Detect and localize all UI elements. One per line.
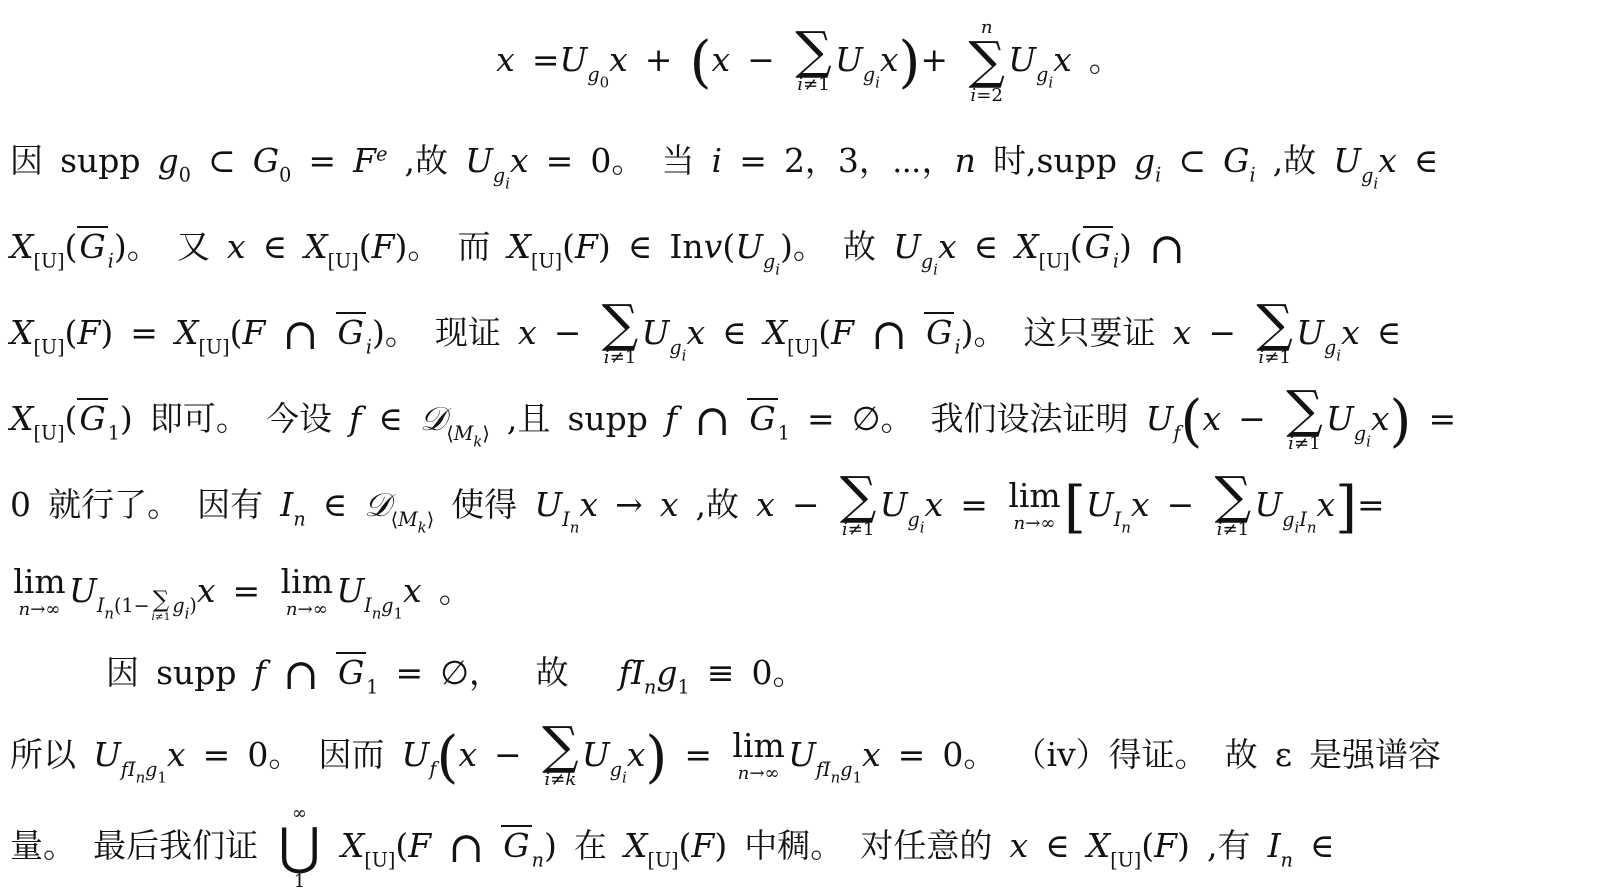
big-operator: ∑i≠1 <box>152 590 171 623</box>
math-roman: = 0 <box>186 735 269 774</box>
subscript: g0 <box>587 63 609 86</box>
math-variable: U <box>402 735 430 774</box>
math-variable: g <box>863 63 875 86</box>
math-roman: 1 <box>852 768 861 786</box>
math-roman: = 0 <box>881 735 964 774</box>
math-roman <box>677 399 694 438</box>
math-variable: x <box>1053 40 1072 79</box>
math-variable: x <box>579 485 598 524</box>
math-variable: n <box>286 599 298 620</box>
math-roman: ( <box>1141 826 1154 865</box>
math-variable: G <box>503 826 529 865</box>
math-variable: x <box>1341 313 1360 352</box>
operator-symbol: ⋃ <box>278 824 320 871</box>
subscript: gi <box>763 250 780 273</box>
operator-lower-limit: n→∞ <box>1014 514 1056 535</box>
math-variable: x <box>227 227 246 266</box>
cjk-text: ,有 <box>1190 826 1268 865</box>
math-variable: U <box>1296 313 1324 352</box>
math-variable: g <box>610 758 622 781</box>
math-variable: U <box>735 227 763 266</box>
overline-group: G <box>77 226 107 263</box>
math-variable: U <box>642 313 670 352</box>
math-variable: U <box>465 141 493 180</box>
math-variable: F <box>408 826 431 865</box>
math-variable: 𝒟 <box>364 485 390 524</box>
math-roman: ≠1 <box>1264 347 1291 368</box>
math-variable: f <box>121 758 128 781</box>
math-roman: ( <box>359 227 372 266</box>
math-variable: X <box>10 399 34 438</box>
math-roman: = <box>943 485 1005 524</box>
math-variable: x <box>458 735 477 774</box>
subscript: ⟨Mk⟩ <box>391 508 435 531</box>
math-variable: f <box>816 758 823 781</box>
math-variable: g <box>145 758 157 781</box>
subscript: [U] <box>199 336 230 359</box>
math-roman: ( <box>722 227 735 266</box>
math-variable: G <box>79 399 105 438</box>
math-variable: F <box>242 313 265 352</box>
subscript: [U] <box>787 336 818 359</box>
big-delimiter: ∩ <box>448 823 484 873</box>
math-roman: ≠1 <box>1222 519 1249 540</box>
math-variable: I <box>631 653 644 692</box>
math-roman: →∞ <box>30 599 60 620</box>
math-roman: ) <box>372 313 385 352</box>
math-roman: ) <box>394 227 407 266</box>
operator-lower-limit: i≠1 <box>797 75 830 96</box>
subscript: gi <box>1036 63 1053 86</box>
math-roman: supp <box>567 399 665 438</box>
math-roman: ⊂ <box>191 141 253 180</box>
math-variable: f <box>665 399 677 438</box>
subscript: gi <box>610 758 627 781</box>
math-variable: F <box>1154 826 1177 865</box>
math-roman: ) <box>544 826 557 865</box>
cjk-text: 。 （iv）得证。 故 <box>963 735 1274 774</box>
math-variable: U <box>1086 485 1114 524</box>
math-variable: X <box>304 227 328 266</box>
overline-group: G <box>1083 226 1113 263</box>
math-roman: 1 <box>366 676 378 699</box>
math-roman: ⟨ <box>391 508 398 531</box>
math-roman: 0 <box>179 164 191 187</box>
big-delimiter: ∩ <box>694 396 730 446</box>
cjk-text: 使得 <box>434 485 534 524</box>
math-variable: I <box>128 758 136 781</box>
math-roman: 1 <box>157 768 166 786</box>
math-roman <box>265 313 282 352</box>
math-variable: G <box>253 141 279 180</box>
subscript: n <box>831 768 841 786</box>
math-variable: U <box>534 485 562 524</box>
math-roman: = <box>515 40 560 79</box>
big-operator: n∑i=2 <box>968 18 1005 107</box>
math-variable: n <box>1281 849 1293 872</box>
subscript: gi <box>1324 336 1341 359</box>
big-delimiter: ( <box>436 725 458 790</box>
math-roman: = 0 <box>529 141 612 180</box>
operator-lower-limit: i≠k <box>544 770 576 791</box>
math-roman <box>854 313 871 352</box>
math-variable: n <box>372 604 382 622</box>
subscript: fIng1 <box>816 758 862 781</box>
operator-symbol: lim <box>732 729 784 764</box>
math-variable: U <box>1333 141 1361 180</box>
subscript: 1 <box>157 768 166 786</box>
cjk-text: 所以 <box>10 735 93 774</box>
math-variable: F <box>831 313 854 352</box>
big-operator: ∞⋃1 <box>278 804 320 890</box>
cjk-text: 中稠。 对任意的 <box>727 826 1009 865</box>
math-variable: g <box>656 653 677 692</box>
math-variable: U <box>835 40 863 79</box>
math-variable: F <box>353 141 376 180</box>
math-roman: ε <box>1275 735 1292 774</box>
cjk-text: 。 故 <box>793 227 893 266</box>
math-variable: x <box>627 735 646 774</box>
math-variable: X <box>175 313 199 352</box>
math-variable: g <box>1361 164 1373 187</box>
math-roman: ( <box>65 313 78 352</box>
math-variable: X <box>1015 227 1039 266</box>
math-roman: [U] <box>531 250 562 273</box>
math-variable: F <box>77 313 100 352</box>
math-variable: U <box>560 40 588 79</box>
subscript: n <box>570 518 580 536</box>
math-roman <box>484 826 501 865</box>
subscript: 1 <box>677 676 689 699</box>
math-roman: − <box>537 313 599 352</box>
math-roman: ≠1 <box>1294 433 1321 454</box>
math-roman: ( <box>65 399 78 438</box>
operator-symbol: ∑ <box>1286 387 1323 434</box>
cjk-text: 。 又 <box>127 227 227 266</box>
math-roman: 1 <box>677 676 689 699</box>
math-variable: U <box>1146 399 1174 438</box>
overline-group: G <box>501 825 531 862</box>
math-variable: k <box>565 769 576 790</box>
math-variable: G <box>749 399 775 438</box>
cjk-text: ,故 <box>678 485 756 524</box>
cjk-text: 。 现证 <box>385 313 518 352</box>
math-variable: x <box>167 735 186 774</box>
math-roman <box>730 399 747 438</box>
math-roman: = <box>1411 399 1456 438</box>
math-roman: ∈ <box>246 227 305 266</box>
math-variable: x <box>1371 399 1390 438</box>
math-roman: ∈ <box>957 227 1016 266</box>
math-roman: ≠1 <box>155 611 171 623</box>
math-variable: f <box>349 399 361 438</box>
math-variable: g <box>840 758 852 781</box>
math-roman: ≠1 <box>610 347 637 368</box>
big-operator: ∑i≠k <box>542 723 579 791</box>
operator-lower-limit: n→∞ <box>19 600 61 621</box>
math-variable: G <box>926 313 952 352</box>
math-roman <box>324 826 341 865</box>
overline-group: G <box>924 312 954 349</box>
math-roman: ⊂ <box>1161 141 1223 180</box>
math-roman: ( <box>65 227 78 266</box>
math-roman <box>319 653 336 692</box>
subscript: [U] <box>34 422 65 445</box>
subscript: In <box>562 508 579 531</box>
math-variable: x <box>938 227 957 266</box>
math-variable: g <box>908 508 920 531</box>
math-variable: i <box>712 141 723 180</box>
subscript: 1 <box>108 422 120 445</box>
big-delimiter: ) <box>645 725 667 790</box>
cjk-text: 。 而 <box>407 227 507 266</box>
math-variable: n <box>955 141 976 180</box>
cjk-text: 量。 最后我们证 <box>10 826 275 865</box>
math-roman: →∞ <box>1025 513 1055 534</box>
math-variable: x <box>1202 399 1221 438</box>
math-variable: g <box>493 164 505 187</box>
math-variable: g <box>1324 336 1336 359</box>
subscript: [U] <box>1039 250 1070 273</box>
subscript: n <box>1121 518 1131 536</box>
math-roman: 1 <box>394 604 403 622</box>
para-line-8: 量。 最后我们证 ∞⋃1 X[U](F ∩ Gn) 在 X[U](F) 中稠。 … <box>10 798 1608 890</box>
para-line-5: 0 就行了。 因有 In ∈ 𝒟⟨Mk⟩ 使得 UInx → x ,故 x − … <box>10 462 1608 548</box>
subscript: [U] <box>531 250 562 273</box>
math-variable: f <box>1173 422 1180 445</box>
math-roman: ) <box>1119 227 1149 266</box>
operator-lower-limit: i≠1 <box>1217 520 1250 541</box>
subscript: gi <box>863 63 880 86</box>
subscript: gi <box>1354 422 1371 445</box>
math-variable: U <box>1326 399 1354 438</box>
subscript: f <box>1173 422 1180 445</box>
math-roman: ∈ <box>1360 313 1402 352</box>
math-roman: 0 <box>10 485 31 524</box>
math-variable: F <box>575 227 598 266</box>
big-operator: limn→∞ <box>1008 479 1060 535</box>
cjk-text: 即可。 今设 <box>133 399 349 438</box>
overline-group: G <box>77 398 107 435</box>
math-variable: n <box>293 508 305 531</box>
operator-lower-limit: n→∞ <box>738 764 780 785</box>
operator-lower-limit: i≠1 <box>1258 348 1291 369</box>
math-roman: [U] <box>1110 849 1141 872</box>
math-variable: n <box>19 599 31 620</box>
math-variable: G <box>338 653 364 692</box>
math-roman: ) <box>714 826 727 865</box>
big-delimiter: ∩ <box>1149 224 1185 274</box>
math-variable: X <box>764 313 788 352</box>
math-variable: g <box>669 336 681 359</box>
operator-symbol: ∑ <box>153 590 169 611</box>
math-variable: U <box>1254 485 1282 524</box>
math-roman: ) <box>120 399 133 438</box>
big-delimiter: ( <box>1181 389 1203 454</box>
math-roman: supp <box>60 141 158 180</box>
math-variable: U <box>1008 40 1036 79</box>
big-delimiter: ) <box>899 30 921 95</box>
math-variable: X <box>1087 826 1111 865</box>
math-roman: ) <box>780 227 793 266</box>
math-roman <box>266 653 283 692</box>
subscript: 0 <box>600 73 609 91</box>
para-line-2: X[U](Gi)。 又 x ∈ X[U](F)。 而 X[U](F) ∈ Inv… <box>10 204 1608 290</box>
math-variable: U <box>788 735 816 774</box>
operator-lower-limit: 1 <box>294 872 306 890</box>
math-roman: 0 <box>279 164 291 187</box>
operator-symbol: ∑ <box>968 38 1005 85</box>
subscript: [U] <box>648 849 679 872</box>
big-operator: ∑i≠1 <box>795 28 832 96</box>
math-roman: ∈ <box>306 485 365 524</box>
math-variable: v <box>704 227 723 266</box>
math-roman: (1− <box>114 594 150 617</box>
big-operator: ∑i≠1 <box>1256 301 1293 369</box>
math-roman: [U] <box>328 250 359 273</box>
cjk-text: 。 <box>422 571 472 610</box>
math-roman: →∞ <box>298 599 328 620</box>
math-variable: x <box>1316 485 1335 524</box>
operator-lower-limit: i=2 <box>970 86 1003 107</box>
math-roman: ∈ <box>1028 826 1087 865</box>
para-line-1: 因 supp g0 ⊂ G0 = Fe ,故 Ugix = 0。 当 i = 2… <box>10 118 1608 204</box>
subscript: [U] <box>34 250 65 273</box>
math-roman: 1 <box>108 422 120 445</box>
cjk-text: 。 <box>1072 40 1122 79</box>
superscript: e <box>376 143 387 166</box>
cjk-text: 因 <box>106 653 156 692</box>
subscript: 1 <box>778 422 790 445</box>
para-line-7: 所以 UfIng1x = 0。 因而 Uf(x − ∑i≠kUgix) = li… <box>10 712 1608 798</box>
operator-lower-limit: i≠1 <box>604 348 637 369</box>
math-roman: =2 <box>976 85 1003 106</box>
big-operator: ∑i≠1 <box>840 473 877 541</box>
math-roman: + <box>628 40 690 79</box>
subscript: gi <box>669 336 686 359</box>
cjk-text: 就行了。 因有 <box>31 485 280 524</box>
math-variable: x <box>880 40 899 79</box>
math-roman: [U] <box>34 336 65 359</box>
math-roman: ⟨ <box>446 422 453 445</box>
math-variable: X <box>10 227 34 266</box>
math-variable: M <box>454 422 474 445</box>
math-variable: X <box>341 826 365 865</box>
cjk-text: 在 <box>557 826 624 865</box>
subscript: n <box>372 604 382 622</box>
math-variable: f <box>254 653 266 692</box>
math-roman: = <box>1357 485 1385 524</box>
math-roman: [U] <box>1039 250 1070 273</box>
math-roman: [U] <box>364 849 395 872</box>
math-variable: G <box>337 313 363 352</box>
math-variable: I <box>562 508 570 531</box>
subscript: 1 <box>366 676 378 699</box>
math-variable: I <box>823 758 831 781</box>
math-roman: = <box>215 571 277 610</box>
subscript: [U] <box>34 336 65 359</box>
math-roman: = ∅ <box>790 399 881 438</box>
math-variable: x <box>496 40 515 79</box>
math-variable: x <box>197 571 216 610</box>
subscript: ⟨Mk⟩ <box>446 422 490 445</box>
math-variable: U <box>582 735 610 774</box>
cjk-text: ,且 <box>490 399 568 438</box>
math-variable: g <box>172 594 184 617</box>
math-variable: G <box>1085 227 1111 266</box>
math-roman: [U] <box>34 422 65 445</box>
operator-symbol: ∑ <box>840 473 877 520</box>
math-variable: x <box>862 735 881 774</box>
math-variable: g <box>763 250 775 273</box>
cjk-text: 。 这只要证 <box>973 313 1172 352</box>
big-delimiter: ∩ <box>283 650 319 700</box>
para-line-3: X[U](F) = X[U](F ∩ Gi)。 现证 x − ∑i≠1Ugix … <box>10 290 1608 376</box>
subscript: [U] <box>328 250 359 273</box>
math-variable: g <box>921 250 933 273</box>
math-variable: n <box>1014 513 1026 534</box>
subscript: Ing1 <box>364 594 403 617</box>
subscript: gi <box>1361 164 1378 187</box>
math-roman: ( <box>562 227 575 266</box>
math-roman: ∈ <box>705 313 764 352</box>
operator-symbol: lim <box>13 565 65 600</box>
math-variable: x <box>1131 485 1150 524</box>
operator-symbol: ∑ <box>602 301 639 348</box>
math-roman: ) <box>961 313 974 352</box>
para-line-6: limn→∞UIn(1−∑i≠1gi)x = limn→∞UIng1x 。 <box>10 548 1608 634</box>
math-variable: G <box>1223 141 1249 180</box>
subscript: In(1−∑i≠1gi) <box>97 594 197 617</box>
subscript: n <box>644 676 656 699</box>
big-delimiter: ] <box>1335 475 1357 540</box>
math-roman: = <box>291 141 353 180</box>
math-roman: = ∅ <box>378 653 469 692</box>
math-variable: g <box>158 141 179 180</box>
math-roman: ) <box>1177 826 1190 865</box>
math-variable: X <box>624 826 648 865</box>
cjk-text: ， 故 <box>469 653 619 692</box>
math-roman: ( <box>1070 227 1083 266</box>
big-delimiter: [ <box>1064 475 1086 540</box>
operator-lower-limit: i≠1 <box>842 520 875 541</box>
subscript: gi <box>908 508 925 531</box>
operator-symbol: lim <box>281 565 333 600</box>
math-variable: g <box>587 63 599 86</box>
math-variable: U <box>893 227 921 266</box>
math-roman: − <box>1191 313 1253 352</box>
cjk-text: 。 <box>772 653 805 692</box>
math-roman <box>907 313 924 352</box>
math-variable: x <box>756 485 775 524</box>
math-roman: ≠1 <box>803 74 830 95</box>
overline-group: G <box>747 398 777 435</box>
operator-symbol: ∑ <box>1256 301 1293 348</box>
big-operator: limn→∞ <box>281 565 333 621</box>
math-variable: x <box>609 40 628 79</box>
math-variable: g <box>1134 141 1155 180</box>
math-variable: f <box>619 653 631 692</box>
math-roman: 1 <box>294 871 306 890</box>
subscript: n <box>1281 849 1293 872</box>
math-variable: F <box>372 227 395 266</box>
math-variable: n <box>570 518 580 536</box>
subscript: fIng1 <box>121 758 167 781</box>
subscript: 1 <box>852 768 861 786</box>
cjk-text: ,故 <box>1256 141 1334 180</box>
math-variable: I <box>1299 508 1307 531</box>
overline-group: G <box>336 652 366 689</box>
